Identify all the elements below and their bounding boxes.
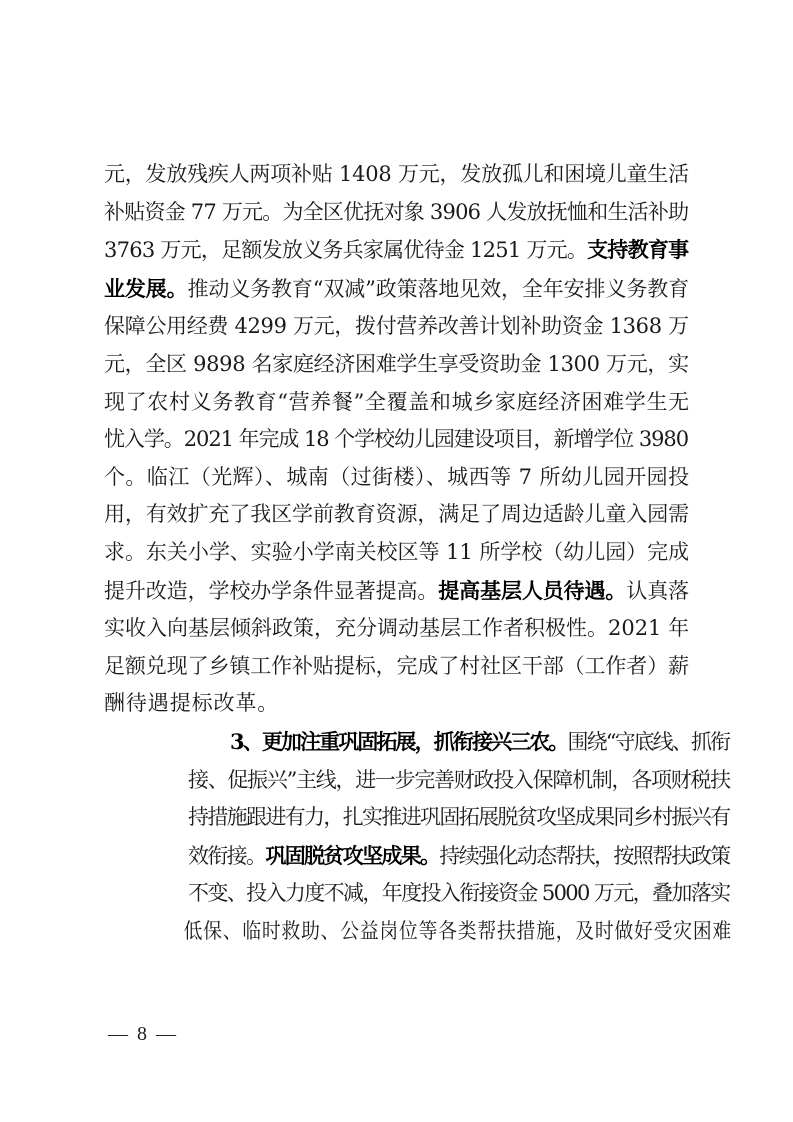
text-segment: 元，发放残疾人两项补贴 1408 万元，发放孤儿和困境儿童生活 bbox=[104, 162, 689, 186]
text-segment: 持续强化动态帮扶，按照帮扶政策 bbox=[439, 844, 729, 868]
text-line: 元，发放残疾人两项补贴 1408 万元，发放孤儿和困境儿童生活 bbox=[104, 156, 690, 194]
text-line: 3763 万元，足额发放义务兵家属优待金 1251 万元。支持教育事 bbox=[104, 231, 690, 270]
text-line: 元，全区 9898 名家庭经济困难学生享受资助金 1300 万元，实 bbox=[104, 346, 690, 384]
page-number: — 8 — bbox=[108, 1023, 178, 1046]
text-segment: 现了农村义务教育“营养餐”全覆盖和城乡家庭经济困难学生无 bbox=[104, 390, 690, 414]
text-line: 持措施跟进有力，扎实推进巩固拓展脱贫攻坚成果同乡村振兴有 bbox=[104, 799, 690, 837]
text-line: 保障公用经费 4299 万元，拨付营养改善计划补助资金 1368 万 bbox=[104, 308, 690, 346]
text-segment: 补贴资金 77 万元。为全区优抚对象 3906 人发放抚恤和生活补助 bbox=[104, 200, 688, 224]
text-segment: 实收入向基层倾斜政策，充分调动基层工作者积极性。2021 年 bbox=[104, 616, 689, 640]
text-line: 提升改造，学校办学条件显著提高。提高基层人员待遇。认真落 bbox=[104, 572, 690, 611]
text-segment: 3763 万元，足额发放义务兵家属优待金 1251 万元。 bbox=[104, 238, 587, 262]
text-segment: 元，全区 9898 名家庭经济困难学生享受资助金 1300 万元，实 bbox=[104, 352, 689, 376]
bold-heading: 业发展。 bbox=[104, 276, 188, 301]
text-line: 用，有效扩充了我区学前教育资源，满足了周边适龄儿童入园需 bbox=[104, 496, 690, 534]
paragraph-p2: 3、更加注重巩固拓展，抓衔接兴三农。围绕“守底线、抓衔接、促振兴”主线，进一步完… bbox=[104, 723, 690, 951]
text-segment: 个。临江（光辉）、城南（过街楼）、城西等 7 所幼儿园开园投 bbox=[104, 465, 690, 489]
text-segment: 低保、临时救助、公益岗位等各类帮扶措施，及时做好受灾困难 bbox=[184, 919, 732, 943]
text-line: 酬待遇提标改革。 bbox=[104, 685, 690, 723]
text-line: 足额兑现了乡镇工作补贴提标，完成了村社区干部（工作者）薪 bbox=[104, 648, 690, 686]
text-line: 补贴资金 77 万元。为全区优抚对象 3906 人发放抚恤和生活补助 bbox=[104, 194, 690, 232]
text-line: 个。临江（光辉）、城南（过街楼）、城西等 7 所幼儿园开园投 bbox=[104, 459, 690, 497]
bold-heading: 巩固脱贫攻坚成果。 bbox=[265, 843, 439, 868]
document-body: 元，发放残疾人两项补贴 1408 万元，发放孤儿和困境儿童生活补贴资金 77 万… bbox=[104, 156, 690, 950]
text-line: 业发展。推动义务教育“双减”政策落地见效，全年安排义务教育 bbox=[104, 270, 690, 309]
text-segment: 忧入学。2021 年完成 18 个学校幼儿园建设项目，新增学位 3980 bbox=[104, 427, 688, 451]
text-line: 接、促振兴”主线，进一步完善财政投入保障机制，各项财税扶 bbox=[104, 762, 690, 800]
paragraph-p1: 元，发放残疾人两项补贴 1408 万元，发放孤儿和困境儿童生活补贴资金 77 万… bbox=[104, 156, 690, 723]
text-line: 现了农村义务教育“营养餐”全覆盖和城乡家庭经济困难学生无 bbox=[104, 384, 690, 422]
text-segment: 效衔接。 bbox=[188, 844, 265, 868]
text-segment: 接、促振兴”主线，进一步完善财政投入保障机制，各项财税扶 bbox=[188, 768, 730, 792]
text-segment: 认真落 bbox=[626, 579, 689, 603]
bold-heading: 提高基层人员待遇。 bbox=[438, 578, 626, 603]
text-segment: 足额兑现了乡镇工作补贴提标，完成了村社区干部（工作者）薪 bbox=[104, 654, 689, 678]
text-line: 实收入向基层倾斜政策，充分调动基层工作者积极性。2021 年 bbox=[104, 610, 690, 648]
text-segment: 提升改造，学校办学条件显著提高。 bbox=[104, 579, 438, 603]
text-line: 效衔接。巩固脱贫攻坚成果。持续强化动态帮扶，按照帮扶政策 bbox=[104, 837, 690, 876]
text-segment: 围绕“守底线、抓衔 bbox=[568, 730, 730, 754]
text-segment: 用，有效扩充了我区学前教育资源，满足了周边适龄儿童入园需 bbox=[104, 502, 689, 526]
text-segment: 不变、投入力度不减，年度投入衔接资金 5000 万元，叠加落实 bbox=[188, 881, 729, 905]
text-line: 不变、投入力度不减，年度投入衔接资金 5000 万元，叠加落实 bbox=[104, 875, 690, 913]
bold-heading: 支持教育事 bbox=[587, 237, 688, 262]
text-line: 低保、临时救助、公益岗位等各类帮扶措施，及时做好受灾困难 bbox=[104, 913, 690, 951]
text-line: 求。东关小学、实验小学南关校区等 11 所学校（幼儿园）完成 bbox=[104, 534, 690, 572]
text-segment: 持措施跟进有力，扎实推进巩固拓展脱贫攻坚成果同乡村振兴有 bbox=[188, 805, 729, 829]
text-line: 忧入学。2021 年完成 18 个学校幼儿园建设项目，新增学位 3980 bbox=[104, 421, 690, 459]
document-page: 元，发放残疾人两项补贴 1408 万元，发放孤儿和困境儿童生活补贴资金 77 万… bbox=[0, 0, 793, 1122]
text-segment: 求。东关小学、实验小学南关校区等 11 所学校（幼儿园）完成 bbox=[104, 540, 689, 564]
bold-heading: 3、更加注重巩固拓展，抓衔接兴三农。 bbox=[230, 729, 568, 754]
text-line: 3、更加注重巩固拓展，抓衔接兴三农。围绕“守底线、抓衔 bbox=[104, 723, 690, 762]
text-segment: 推动义务教育“双减”政策落地见效，全年安排义务教育 bbox=[188, 277, 689, 301]
text-segment: 酬待遇提标改革。 bbox=[104, 691, 279, 715]
text-segment: 保障公用经费 4299 万元，拨付营养改善计划补助资金 1368 万 bbox=[104, 314, 689, 338]
